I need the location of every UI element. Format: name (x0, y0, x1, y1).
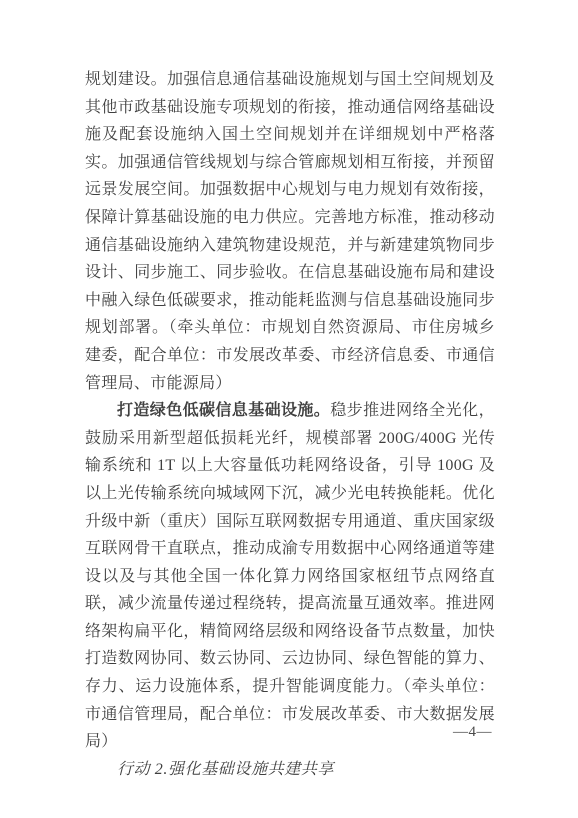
action-2-heading: 行动 2.强化基础设施共建共享 (85, 756, 495, 784)
paragraph-lead-bold: 打造绿色低碳信息基础设施。 (117, 402, 330, 419)
paragraph-body-text: 稳步推进网络全光化，鼓励采用新型超低损耗光纤，规模部署 200G/400G 光传… (85, 402, 495, 750)
document-content: 规划建设。加强信息通信基础设施规划与国土空间规划及其他市政基础设施专项规划的衔接… (85, 66, 495, 783)
body-paragraph-continued: 规划建设。加强信息通信基础设施规划与国土空间规划及其他市政基础设施专项规划的衔接… (85, 66, 495, 397)
body-paragraph-green-infrastructure: 打造绿色低碳信息基础设施。稳步推进网络全光化，鼓励采用新型超低损耗光纤，规模部署… (85, 397, 495, 756)
page-number: —4— (453, 722, 492, 742)
document-page: 规划建设。加强信息通信基础设施规划与国土空间规划及其他市政基础设施专项规划的衔接… (0, 0, 578, 818)
